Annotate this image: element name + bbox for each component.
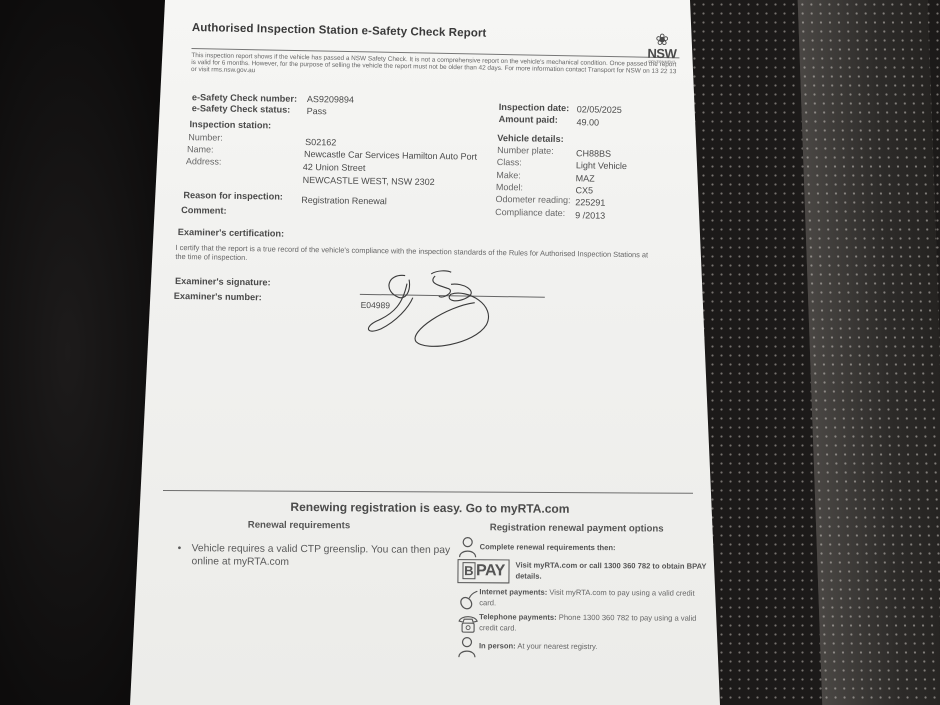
telephone-icon: [457, 613, 479, 635]
vehicle-field-label: Model:: [496, 182, 523, 192]
renewal-requirements-heading: Renewal requirements: [248, 520, 350, 532]
check-status-value: Pass: [307, 106, 327, 116]
vehicle-field-label: Class:: [497, 157, 522, 167]
examiner-signature-label: Examiner's signature:: [175, 276, 271, 288]
requirement-item: • Vehicle requires a valid CTP greenslip…: [178, 543, 458, 570]
vehicle-field-value: 225291: [575, 197, 605, 207]
payment-option-telephone: Telephone payments: Phone 1300 360 782 t…: [457, 611, 707, 635]
person-icon: [457, 636, 479, 658]
payment-option-internet: Internet payments: Visit myRTA.com to pa…: [457, 586, 707, 610]
inspection-date-label: Inspection date:: [499, 102, 570, 113]
nsw-government-logo: ❀ NSW GOVERNMENT: [642, 34, 683, 65]
reason-label: Reason for inspection:: [183, 190, 283, 202]
inspection-date-value: 02/05/2025: [577, 104, 622, 115]
station-address-line1: 42 Union Street: [303, 162, 366, 173]
requirement-text: Vehicle requires a valid CTP greenslip. …: [192, 543, 458, 570]
vehicle-field-value: CH88BS: [576, 148, 611, 159]
vehicle-field-label: Odometer reading:: [495, 194, 570, 205]
inspection-report-paper: Authorised Inspection Station e-Safety C…: [130, 0, 720, 705]
payment-option-title: Internet payments:: [479, 587, 547, 596]
report-title: Authorised Inspection Station e-Safety C…: [192, 22, 682, 43]
payment-option-title: In person:: [479, 641, 516, 650]
station-address-line2: NEWCASTLE WEST, NSW 2302: [303, 175, 435, 187]
payment-option-in-person: In person: At your nearest registry.: [457, 636, 707, 653]
vehicle-details-heading: Vehicle details:: [497, 133, 564, 144]
vehicle-field-value: Light Vehicle: [576, 161, 627, 172]
reason-value: Registration Renewal: [301, 195, 387, 206]
report-header: Authorised Inspection Station e-Safety C…: [192, 22, 682, 43]
comment-label: Comment:: [181, 205, 227, 216]
renewal-headline: Renewing registration is easy. Go to myR…: [160, 499, 700, 517]
station-address-label: Address:: [186, 156, 222, 167]
renewal-footer: Renewing registration is easy. Go to myR…: [160, 497, 700, 501]
payment-option-bpay: BPAY Visit myRTA.com or call 1300 360 78…: [457, 559, 707, 583]
certification-heading: Examiner's certification:: [178, 227, 285, 239]
check-number-label: e-Safety Check number:: [192, 92, 297, 104]
payment-option-title: Complete renewal requirements then:: [480, 542, 616, 552]
examiner-signature: [346, 263, 517, 356]
vehicle-field-label: Make:: [496, 170, 521, 180]
bpay-logo: BPAY: [457, 559, 509, 583]
vehicle-field-value: 9 /2013: [575, 210, 605, 220]
examiner-number-label: Examiner's number:: [174, 291, 262, 302]
amount-paid-label: Amount paid:: [499, 114, 558, 125]
footer-divider: [163, 490, 693, 494]
check-number-value: AS9209894: [307, 94, 354, 105]
bpay-text: Visit myRTA.com or call 1300 360 782 to …: [515, 559, 707, 582]
amount-paid-value: 49.00: [576, 117, 599, 127]
station-number-value: S02162: [305, 137, 336, 147]
logo-government-text: GOVERNMENT: [642, 60, 682, 65]
bullet-icon: •: [178, 543, 182, 556]
station-name-value: Newcastle Car Services Hamilton Auto Por…: [304, 149, 477, 162]
vehicle-field-value: MAZ: [576, 173, 595, 183]
check-status-label: e-Safety Check status:: [192, 103, 291, 115]
logo-nsw-text: NSW: [642, 48, 682, 61]
payment-option-title: Telephone payments:: [479, 612, 557, 622]
vehicle-field-value: CX5: [575, 185, 593, 195]
payment-options-heading: Registration renewal payment options: [490, 522, 664, 534]
payment-option-text: At your nearest registry.: [516, 641, 598, 651]
station-number-label: Number:: [188, 132, 223, 143]
vehicle-field-label: Number plate:: [497, 145, 554, 156]
mouse-icon: [457, 589, 479, 611]
payment-option-complete: Complete renewal requirements then:: [458, 536, 708, 554]
car-seat-bolster: [798, 0, 940, 705]
person-icon: [458, 536, 480, 558]
vehicle-field-label: Compliance date:: [495, 206, 565, 217]
station-heading: Inspection station:: [189, 119, 271, 130]
report-body: e-Safety Check number: AS9209894 e-Safet…: [180, 92, 680, 100]
station-name-label: Name:: [187, 144, 214, 154]
